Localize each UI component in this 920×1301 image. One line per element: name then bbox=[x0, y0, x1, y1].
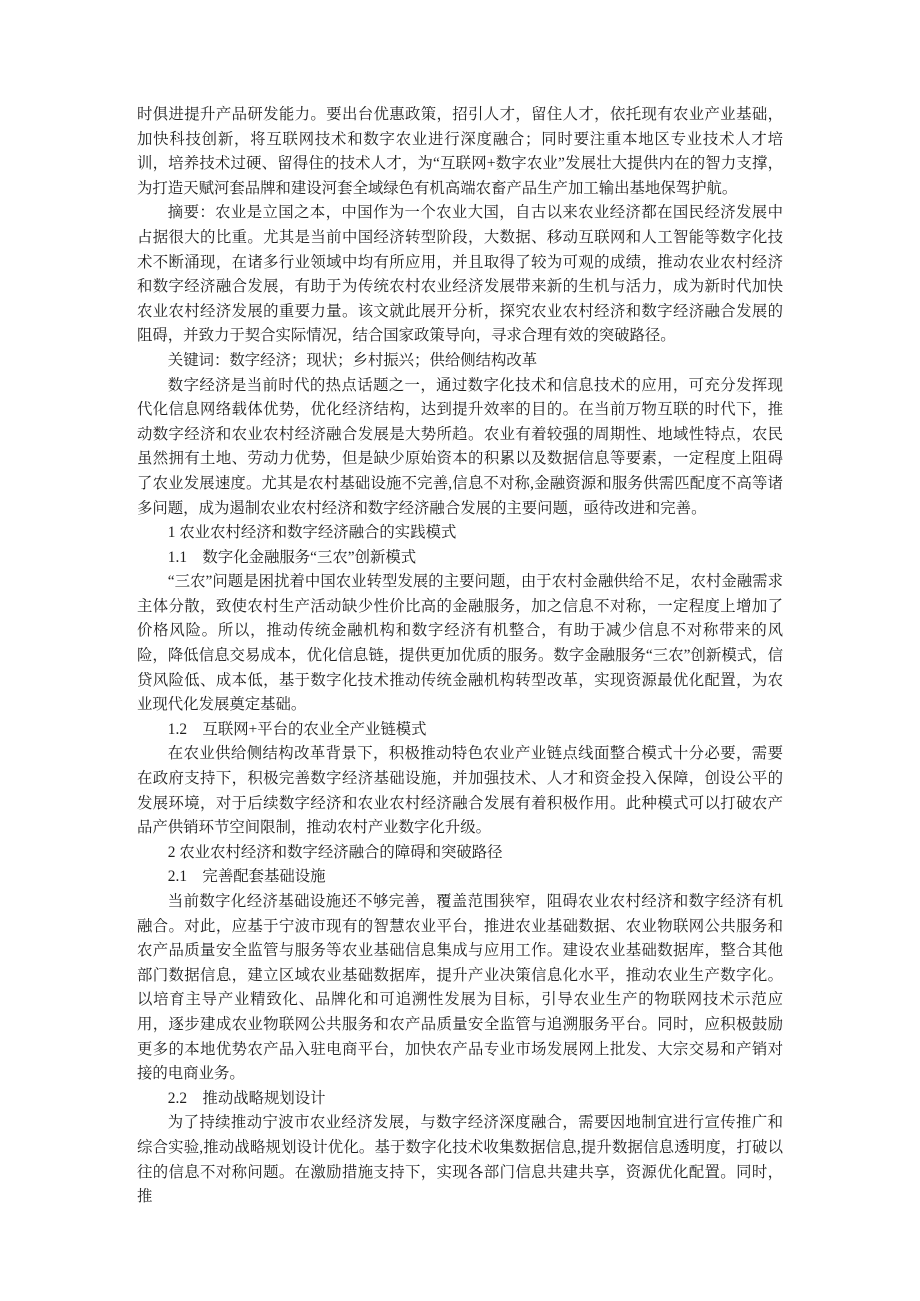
section-1-1-body: “三农”问题是困扰着中国农业转型发展的主要问题，由于农村金融供给不足，农村金融需… bbox=[137, 570, 783, 718]
paragraph-continuation: 时俱进提升产品研发能力。要出台优惠政策，招引人才，留住人才，依托现有农业产业基础… bbox=[137, 103, 783, 201]
section-2-1-body: 当前数字化经济基础设施还不够完善，覆盖范围狭窄，阻碍农业农村经济和数字经济有机融… bbox=[137, 890, 783, 1087]
section-1-2-heading: 1.2 互联网+平台的农业全产业链模式 bbox=[137, 718, 783, 743]
abstract-paragraph: 摘要：农业是立国之本，中国作为一个农业大国，自古以来农业经济都在国民经济发展中占… bbox=[137, 201, 783, 349]
section-2-heading: 2 农业农村经济和数字经济融合的障碍和突破路径 bbox=[137, 841, 783, 866]
section-1-1-heading: 1.1 数字化金融服务“三农”创新模式 bbox=[137, 546, 783, 571]
introduction-paragraph: 数字经济是当前时代的热点话题之一，通过数字化技术和信息技术的应用，可充分发挥现代… bbox=[137, 374, 783, 522]
section-1-heading: 1 农业农村经济和数字经济融合的实践模式 bbox=[137, 521, 783, 546]
document-text-block: 时俱进提升产品研发能力。要出台优惠政策，招引人才，留住人才，依托现有农业产业基础… bbox=[137, 103, 783, 1210]
section-2-1-heading: 2.1 完善配套基础设施 bbox=[137, 865, 783, 890]
section-2-2-body: 为了持续推动宁波市农业经济发展，与数字经济深度融合，需要因地制宜进行宣传推广和综… bbox=[137, 1111, 783, 1209]
keywords-line: 关键词：数字经济；现状；乡村振兴；供给侧结构改革 bbox=[137, 349, 783, 374]
section-1-2-body: 在农业供给侧结构改革背景下，积极推动特色农业产业链点线面整合模式十分必要，需要在… bbox=[137, 742, 783, 840]
section-2-2-heading: 2.2 推动战略规划设计 bbox=[137, 1087, 783, 1112]
document-page: 时俱进提升产品研发能力。要出台优惠政策，招引人才，留住人才，依托现有农业产业基础… bbox=[0, 0, 920, 1301]
